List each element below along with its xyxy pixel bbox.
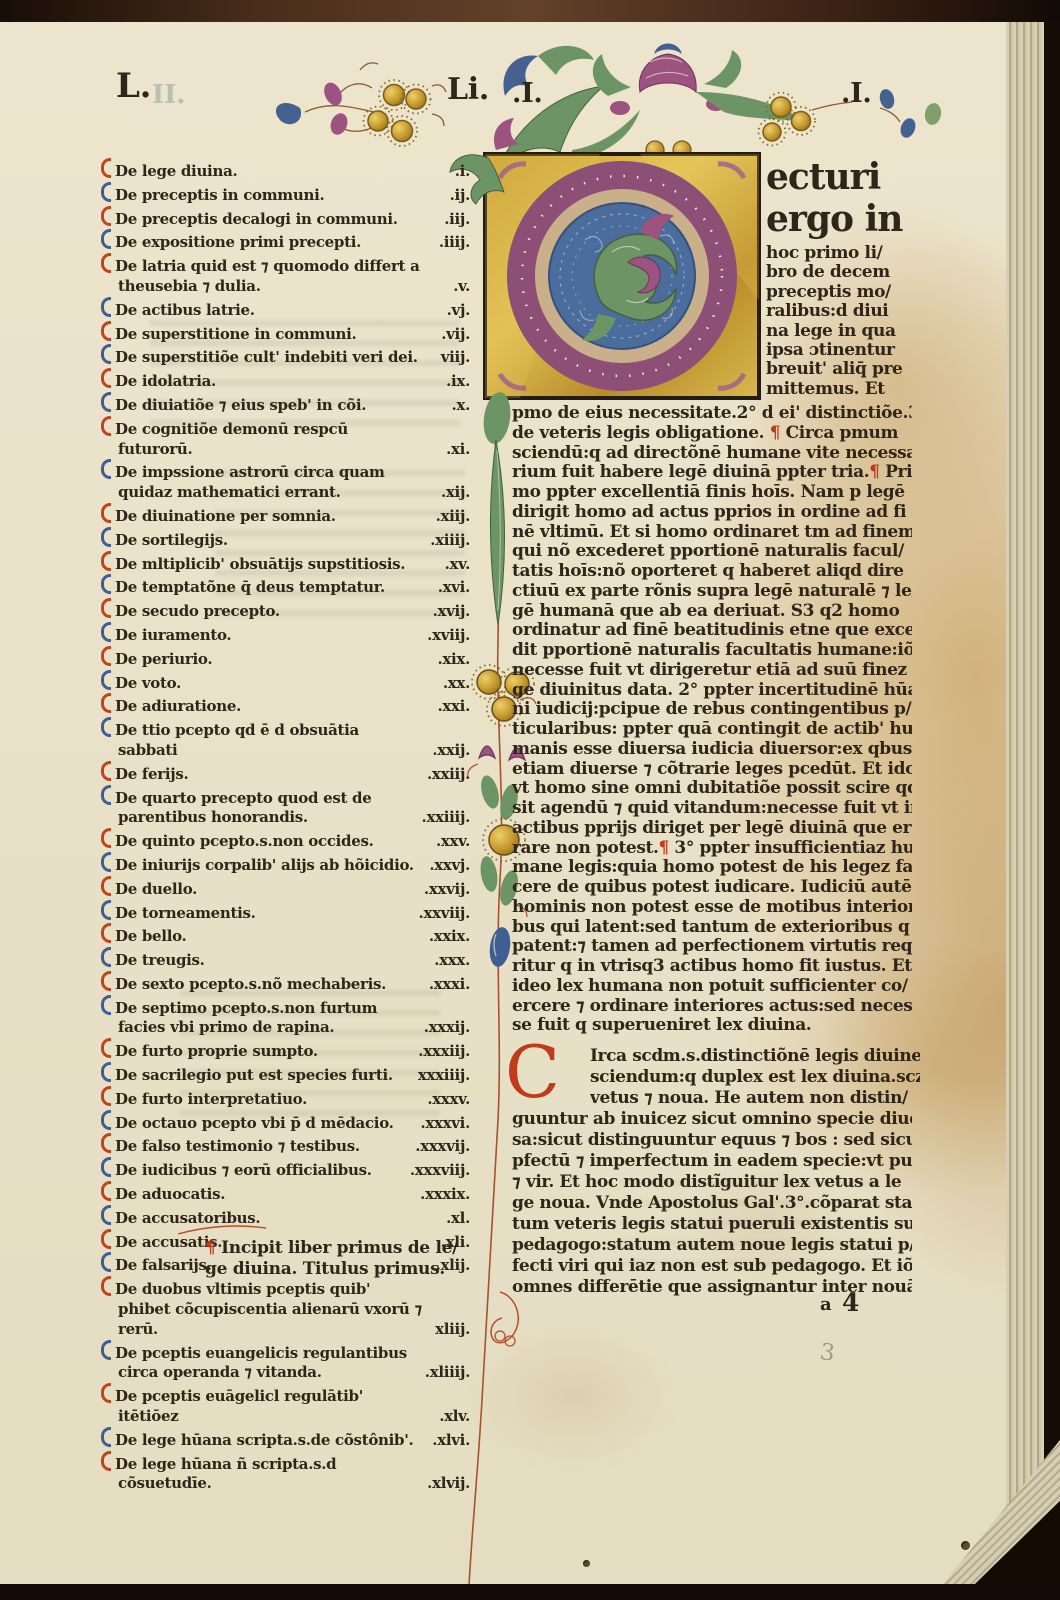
- text-line: ercere ⁊ ordinare interiores actus:sed n…: [512, 997, 912, 1017]
- toc-entry: De octauo pcepto vbi p̄ d mēdacio..xxxvi…: [118, 1110, 470, 1134]
- paraph-mark: [101, 1205, 111, 1225]
- toc-entry-title: De sortilegijs.: [115, 531, 228, 549]
- toc-entry-title: De periurio.: [115, 650, 212, 668]
- toc-entry: De ferijs..xxiij.: [118, 761, 470, 785]
- toc-entry-numeral: .xvij.: [433, 602, 470, 622]
- toc-entry-title: De duello.: [115, 880, 197, 898]
- toc-entry-numeral: .xv.: [445, 555, 470, 575]
- toc-entry-numeral: .xl.: [446, 1209, 470, 1229]
- toc-entry: De latria quid est ⁊ quomodo differt a t…: [118, 253, 470, 297]
- toc-entry-title: De furto interpretatiuo.: [115, 1090, 307, 1108]
- toc-entry-numeral: .xxi.: [437, 697, 470, 717]
- toc-entry: De aduocatis..xxxix.: [118, 1181, 470, 1205]
- paraph-mark: [101, 1427, 111, 1447]
- text-line: ipsa ɔtinentur: [766, 341, 912, 360]
- toc-entry: De accusatoribus..xl.: [118, 1205, 470, 1229]
- text-line: se fuit q superueniret lex diuina.: [512, 1016, 912, 1036]
- text-line: ticularibus: ppter quā contingit de acti…: [512, 720, 912, 740]
- text-line: ctiuū ex parte rõnis supra legē naturalē…: [512, 582, 912, 602]
- paraph-mark: [101, 876, 111, 896]
- toc-entry: De impssione astrorū circa quam quidaz m…: [118, 459, 470, 503]
- text-line: pmo de eius necessitate.2° d ei' distinc…: [512, 404, 912, 424]
- toc-entry: De lege diuina..i.: [118, 158, 470, 182]
- text-line: hominis non potest esse de motibus inter…: [512, 898, 912, 918]
- text-line: sa:sicut distinguuntur equus ⁊ bos : sed…: [512, 1130, 912, 1151]
- paraph-mark: [101, 828, 111, 848]
- toc-entry-title: De bello.: [115, 927, 186, 945]
- toc-entry: De treugis..xxx.: [118, 947, 470, 971]
- toc-entry-numeral: .xxv.: [436, 832, 470, 852]
- toc-entry: De sexto pcepto.s.nõ mechaberis..xxxi.: [118, 971, 470, 995]
- toc-entry-numeral: .xi.: [446, 440, 470, 460]
- toc-entry-title: De torneamentis.: [115, 904, 256, 922]
- toc-entry-numeral: .xxxv.: [427, 1090, 470, 1110]
- text-line: pedagogo:statum autem noue legis statui …: [512, 1235, 912, 1256]
- toc-entry: De superstitiõe cult' indebiti veri dei.…: [118, 344, 470, 368]
- toc-entry: De iniurijs corpalib' alijs ab hõicidio.…: [118, 852, 470, 876]
- toc-entry-title: De mltiplicib' obsuātijs supstitiosis.: [115, 555, 405, 573]
- toc-entry-title: De treugis.: [115, 951, 205, 969]
- toc-entry: De septimo pcepto.s.non furtum facies vb…: [118, 995, 470, 1039]
- rubricated-initial-C: C: [505, 1036, 560, 1108]
- toc-entry-title: De preceptis in communi.: [115, 186, 324, 204]
- toc-entry-numeral: .xliiij.: [425, 1363, 470, 1383]
- text-line: fecti viri qui iaz non est sub pedagogo.…: [512, 1256, 912, 1277]
- binding-leather-right: [1044, 22, 1060, 1584]
- toc-entry-numeral: .xxx.: [434, 951, 470, 971]
- toc-entry: De sortilegijs..xiiij.: [118, 527, 470, 551]
- toc-entry-title: De cognitiõe demonū respcū futurorū.: [115, 420, 348, 458]
- toc-entry-title: De pceptis euangelicis regulantibus circ…: [115, 1344, 407, 1382]
- toc-entry: De torneamentis..xxviij.: [118, 900, 470, 924]
- text-line: tatis hoīs:nõ oporteret q haberet aliqd …: [512, 562, 912, 582]
- toc-entry-title: De falsarijs.: [115, 1256, 212, 1274]
- toc-entry-title: De lege diuina.: [115, 162, 237, 180]
- toc-entry: De idolatria..ix.: [118, 368, 470, 392]
- toc-entry-numeral: .xlvi.: [432, 1431, 470, 1451]
- text-line: actibus pprijs diriget per legē diuinā q…: [512, 819, 912, 839]
- text-line: bro de decem: [766, 263, 912, 282]
- toc-entry-title: De expositione primi precepti.: [115, 233, 361, 251]
- text-line: gē humanā que ab ea deriuat. S3 q2 homo: [512, 602, 912, 622]
- toc-entry: De superstitione in communi..vij.: [118, 321, 470, 345]
- text-line: sciendū:q ad directõnē humane vite neces…: [512, 444, 912, 464]
- toc-entry-title: De actibus latrie.: [115, 301, 255, 319]
- second-paragraph-full: guuntur ab inuicez sicut omnino specie d…: [512, 1109, 912, 1298]
- paraph-mark: [101, 1451, 111, 1471]
- paraph-mark: [101, 503, 111, 523]
- toc-entry-numeral: .xxxviij.: [410, 1161, 470, 1181]
- paraph-mark: [101, 852, 111, 872]
- text-line: de veteris legis obligatione. ¶ Circa pm…: [512, 424, 912, 444]
- toc-entry-title: De accusatoribus.: [115, 1209, 260, 1227]
- toc-entry-numeral: .xlv.: [439, 1407, 470, 1427]
- text-line: rare non potest.¶ 3° ppter insufficienti…: [512, 839, 912, 859]
- toc-entry: De preceptis decalogi in communi..iij.: [118, 206, 470, 230]
- second-paragraph-indented: Irca scdm.s.distinctiõnē legis diuinesci…: [590, 1046, 920, 1109]
- toc-entry: De preceptis in communi..ij.: [118, 182, 470, 206]
- paraph-mark: [101, 670, 111, 690]
- toc-entry: De secudo precepto..xvij.: [118, 598, 470, 622]
- toc-entry: De duobus vltimis pceptis quib' phibet c…: [118, 1276, 470, 1339]
- toc-entry: De iuramento..xviij.: [118, 622, 470, 646]
- toc-entry: De periurio..xix.: [118, 646, 470, 670]
- manuscript-photo: L. II. Li. .I. .I. De lege diuina..i.De …: [0, 0, 1060, 1600]
- binding-leather-bottom: [0, 1584, 1060, 1600]
- toc-entry: De quinto pcepto.s.non occides..xxv.: [118, 828, 470, 852]
- toc-entry-numeral: .v.: [453, 277, 470, 297]
- text-line: ge noua. Vnde Apostolus Gal'.3°.cõparat …: [512, 1193, 912, 1214]
- toc-entry-numeral: .xx.: [443, 674, 470, 694]
- toc-entry-title: De superstitione in communi.: [115, 325, 356, 343]
- paraph-mark: [101, 1340, 111, 1360]
- toc-entry-title: De sexto pcepto.s.nõ mechaberis.: [115, 975, 386, 993]
- table-of-contents: De lege diuina..i.De preceptis in commun…: [118, 158, 470, 1494]
- paraph-mark: [101, 1086, 111, 1106]
- quire-signature-letter: a: [820, 1294, 832, 1315]
- opening-words: ecturiergo in: [766, 156, 912, 240]
- paraph-mark: [101, 971, 111, 991]
- text-line: preceptis mo/: [766, 283, 912, 302]
- paraph-mark: [101, 995, 111, 1015]
- toc-entry-title: De furto proprie sumpto.: [115, 1042, 318, 1060]
- paraph-mark: [101, 1110, 111, 1130]
- toc-entry: De falso testimonio ⁊ testibus..xxxvij.: [118, 1133, 470, 1157]
- toc-entry-title: De diuinatione per somnia.: [115, 507, 336, 525]
- paraph-mark: [101, 206, 111, 226]
- toc-entry: De quarto precepto quod est de parentibu…: [118, 785, 470, 829]
- toc-entry-title: De iniurijs corpalib' alijs ab hõicidio.: [115, 856, 414, 874]
- text-line: breuit' aliq̄ pre: [766, 360, 912, 379]
- paraph-mark: [101, 1229, 111, 1249]
- text-line: cere de quibus potest iudicare. Iudiciū …: [512, 878, 912, 898]
- pilcrow: ¶: [658, 838, 668, 858]
- toc-entry: De sacrilegio put est species furti.xxxi…: [118, 1062, 470, 1086]
- toc-entry-title: De septimo pcepto.s.non furtum facies vb…: [115, 999, 377, 1037]
- toc-entry-numeral: .xxxvi.: [420, 1114, 470, 1134]
- toc-entry-title: De preceptis decalogi in communi.: [115, 210, 398, 228]
- toc-entry-numeral: .xxvij.: [424, 880, 470, 900]
- text-line: etiam diuerse ⁊ cõtrarie leges pcedūt. E…: [512, 760, 912, 780]
- toc-entry-numeral: .x.: [452, 396, 471, 416]
- pilcrow: ¶: [869, 462, 879, 482]
- toc-entry-numeral: .xxxvij.: [415, 1137, 470, 1157]
- toc-entry-numeral: .xiij.: [436, 507, 470, 527]
- paraph-mark: [101, 527, 111, 547]
- text-line: mane legis:quia homo potest de his legez…: [512, 858, 912, 878]
- toc-entry: De ttio pcepto qd ē d obsuātia sabbati.x…: [118, 717, 470, 761]
- paraph-mark: [101, 761, 111, 781]
- incipit-rubric: ¶ Incipit liber primus de le/ge diuina. …: [205, 1238, 515, 1280]
- toc-entry-title: De lege hūana scripta.s.de cõstônib'.: [115, 1431, 413, 1449]
- toc-entry-title: De aduocatis.: [115, 1185, 225, 1203]
- toc-entry: De temptatõne q̄ deus temptatur..xvi.: [118, 574, 470, 598]
- text-line: ¶ Incipit liber primus de le/: [205, 1238, 515, 1259]
- paraph-mark: [101, 947, 111, 967]
- toc-entry-title: De diuiatiõe ⁊ eius speb' in cõi.: [115, 396, 366, 414]
- toc-entry-title: De adiuratione.: [115, 697, 241, 715]
- toc-entry-title: De ferijs.: [115, 765, 188, 783]
- text-beside-initial: hoc primo li/bro de decempreceptis mo/ra…: [766, 244, 912, 399]
- toc-entry-title: De iudicibus ⁊ eorū officialibus.: [115, 1161, 372, 1179]
- toc-entry-numeral: .xviij.: [427, 626, 470, 646]
- paraph-mark: [101, 321, 111, 341]
- toc-entry-title: De pceptis euāgelicl regulātib' itētiōez: [115, 1387, 363, 1425]
- toc-entry: De lege hūana scripta.s.de cõstônib'..xl…: [118, 1427, 470, 1451]
- toc-entry-numeral: .vj.: [447, 301, 470, 321]
- text-line: ecturi: [766, 156, 912, 198]
- toc-entry-numeral: .xlvij.: [427, 1474, 470, 1494]
- toc-entry: De bello..xxix.: [118, 923, 470, 947]
- toc-entry-title: De latria quid est ⁊ quomodo differt a t…: [115, 257, 420, 295]
- text-line: sit agendū ⁊ quid vitandum:necesse fuit …: [512, 799, 912, 819]
- paraph-mark: [101, 717, 111, 737]
- text-line: vetus ⁊ noua. He autem non distin/: [590, 1088, 920, 1109]
- toc-entry-numeral: .i.: [455, 162, 470, 182]
- paraph-mark: [101, 392, 111, 412]
- text-line: ordinatur ad finē beatitudinis etne que …: [512, 621, 912, 641]
- wormhole: [583, 1560, 590, 1567]
- toc-entry-title: De quarto precepto quod est de parentibu…: [115, 789, 371, 827]
- text-line: ni iudicij:pcipue de rebus contingentibu…: [512, 700, 912, 720]
- pilcrow: ¶: [770, 423, 780, 443]
- running-title-numeral: .I.: [512, 78, 543, 109]
- paraph-mark: [101, 158, 111, 178]
- toc-entry: De furto interpretatiuo..xxxv.: [118, 1086, 470, 1110]
- text-line: ge diuina. Titulus primus.: [205, 1259, 515, 1280]
- text-line: mittemus. Et: [766, 380, 912, 399]
- text-line: pfectū ⁊ imperfectum in eadem specie:vt …: [512, 1151, 912, 1172]
- toc-entry: De cognitiõe demonū respcū futurorū..xi.: [118, 416, 470, 460]
- paraph-mark: [101, 416, 111, 436]
- toc-entry-title: De sacrilegio put est species furti.: [115, 1066, 393, 1084]
- toc-entry-numeral: viij.: [441, 348, 470, 368]
- binding-leather-top: [0, 0, 1060, 22]
- toc-entry-title: De falso testimonio ⁊ testibus.: [115, 1137, 360, 1155]
- toc-entry-numeral: .ij.: [450, 186, 470, 206]
- running-title-numeral-right: .I.: [841, 78, 872, 109]
- toc-entry: De diuinatione per somnia..xiij.: [118, 503, 470, 527]
- quire-signature-number: 4: [842, 1288, 859, 1317]
- toc-entry-numeral: xxxiiij.: [418, 1066, 470, 1086]
- paraph-mark: [101, 297, 111, 317]
- toc-entry-numeral: .xiiij.: [430, 531, 470, 551]
- paraph-mark: [101, 785, 111, 805]
- toc-entry: De iudicibus ⁊ eorū officialibus..xxxvii…: [118, 1157, 470, 1181]
- toc-entry-title: De lege hūana ñ scripta.s.d cõsuetudīe.: [115, 1455, 336, 1493]
- toc-entry-numeral: xliij.: [435, 1320, 470, 1340]
- toc-entry-numeral: .xxvj.: [429, 856, 470, 876]
- paraph-mark: [101, 1062, 111, 1082]
- toc-entry-numeral: .iiij.: [439, 233, 470, 253]
- toc-entry: De mltiplicib' obsuātijs supstitiosis..x…: [118, 551, 470, 575]
- toc-entry-title: De quinto pcepto.s.non occides.: [115, 832, 374, 850]
- text-line: guuntur ab inuicez sicut omnino specie d…: [512, 1109, 912, 1130]
- text-line: dirigit homo ad actus pprios in ordine a…: [512, 503, 912, 523]
- wormhole: [961, 1541, 970, 1550]
- toc-entry-title: De impssione astrorū circa quam quidaz m…: [115, 463, 385, 501]
- toc-entry-numeral: .xxiij.: [427, 765, 470, 785]
- running-title-book: Li.: [447, 72, 489, 107]
- paraph-mark: [101, 900, 111, 920]
- paraph-mark: [101, 368, 111, 388]
- toc-entry-title: De duobus vltimis pceptis quib' phibet c…: [115, 1280, 422, 1338]
- text-line: rium fuit habere legē diuinā ppter tria.…: [512, 463, 912, 483]
- text-line: sciendum:q duplex est lex diuina.scz: [590, 1067, 920, 1088]
- toc-entry: De adiuratione..xxi.: [118, 693, 470, 717]
- toc-entry-title: De superstitiõe cult' indebiti veri dei.: [115, 348, 418, 366]
- toc-entry-numeral: .iij.: [444, 210, 470, 230]
- text-line: hoc primo li/: [766, 244, 912, 263]
- toc-entry-numeral: .xxiiij.: [422, 808, 470, 828]
- text-line: tum veteris legis statui pueruli existen…: [512, 1214, 912, 1235]
- text-line: mo ppter excellentiā finis hoīs. Nam p l…: [512, 483, 912, 503]
- toc-entry: De pceptis euāgelicl regulātib' itētiōez…: [118, 1383, 470, 1427]
- text-line: dit pportionē naturalis facultatis human…: [512, 641, 912, 661]
- paraph-mark: [101, 646, 111, 666]
- toc-entry-title: De temptatõne q̄ deus temptatur.: [115, 578, 385, 596]
- text-line: ergo in: [766, 198, 912, 240]
- text-line: Irca scdm.s.distinctiõnē legis diuine: [590, 1046, 920, 1067]
- toc-entry: De pceptis euangelicis regulantibus circ…: [118, 1340, 470, 1384]
- text-line: necesse fuit vt dirigeretur etiā ad suū …: [512, 661, 912, 681]
- text-line: patent:⁊ tamen ad perfectionem virtutis …: [512, 937, 912, 957]
- toc-entry-numeral: .xvi.: [438, 578, 470, 598]
- toc-entry-numeral: .xxij.: [432, 741, 470, 761]
- paraph-mark: [101, 1181, 111, 1201]
- toc-entry-title: De iuramento.: [115, 626, 231, 644]
- paraph-mark: [101, 598, 111, 618]
- toc-entry-numeral: .xxxix.: [420, 1185, 470, 1205]
- paraph-mark: [101, 253, 111, 273]
- toc-entry: De voto..xx.: [118, 670, 470, 694]
- page-edges: [1006, 22, 1044, 1584]
- text-line: ⁊ vir. Et hoc modo distĩguitur lex vetus…: [512, 1172, 912, 1193]
- toc-entry-numeral: .xxviij.: [419, 904, 470, 924]
- toc-entry: De furto proprie sumpto..xxxiij.: [118, 1038, 470, 1062]
- toc-entry-numeral: .xxxiij.: [418, 1042, 470, 1062]
- body-text-column: pmo de eius necessitate.2° d ei' distinc…: [512, 404, 912, 1036]
- paraph-mark: [101, 182, 111, 202]
- text-line: manis esse diuersa iudicia diuersor:ex q…: [512, 740, 912, 760]
- text-line: ideo lex humana non potuit sufficienter …: [512, 977, 912, 997]
- text-line: ralibus:d diui: [766, 302, 912, 321]
- show-through-folio: II.: [152, 80, 185, 110]
- toc-entry-numeral: .vij.: [441, 325, 470, 345]
- toc-entry-numeral: .xix.: [437, 650, 470, 670]
- paraph-mark: [101, 551, 111, 571]
- text-line: qui nõ excederet pportionē naturalis fac…: [512, 542, 912, 562]
- toc-entry-numeral: .xij.: [441, 483, 470, 503]
- toc-entry-title: De ttio pcepto qd ē d obsuātia sabbati: [115, 721, 359, 759]
- toc-entry-numeral: .xxxij.: [424, 1018, 470, 1038]
- toc-entry: De lege hūana ñ scripta.s.d cõsuetudīe..…: [118, 1451, 470, 1495]
- text-line: nē vltimū. Et si homo ordinaret tm ad fi…: [512, 523, 912, 543]
- toc-entry-numeral: .xxix.: [429, 927, 470, 947]
- toc-entry-numeral: .ix.: [446, 372, 470, 392]
- paraph-mark: [101, 622, 111, 642]
- toc-entry: De expositione primi precepti..iiij.: [118, 229, 470, 253]
- text-line: vt homo sine omni dubitatiõe possit scir…: [512, 779, 912, 799]
- toc-entry: De diuiatiõe ⁊ eius speb' in cõi..x.: [118, 392, 470, 416]
- toc-entry: De duello..xxvij.: [118, 876, 470, 900]
- text-line: bus qui latent:sed tantum de exterioribu…: [512, 918, 912, 938]
- toc-entry: De actibus latrie..vj.: [118, 297, 470, 321]
- toc-entry-numeral: .xxxi.: [429, 975, 470, 995]
- pilcrow: ¶: [205, 1238, 216, 1258]
- folio-mark: L.: [116, 66, 151, 106]
- toc-entry-title: De idolatria.: [115, 372, 216, 390]
- toc-entry-title: De secudo precepto.: [115, 602, 280, 620]
- toc-entry-title: De voto.: [115, 674, 181, 692]
- text-line: na lege in qua: [766, 322, 912, 341]
- text-line: ge diuinitus data. 2° ppter incertitudin…: [512, 681, 912, 701]
- text-line: ritur q in vtrisq3 actibus homo fit iust…: [512, 957, 912, 977]
- toc-entry-title: De octauo pcepto vbi p̄ d mēdacio.: [115, 1114, 394, 1132]
